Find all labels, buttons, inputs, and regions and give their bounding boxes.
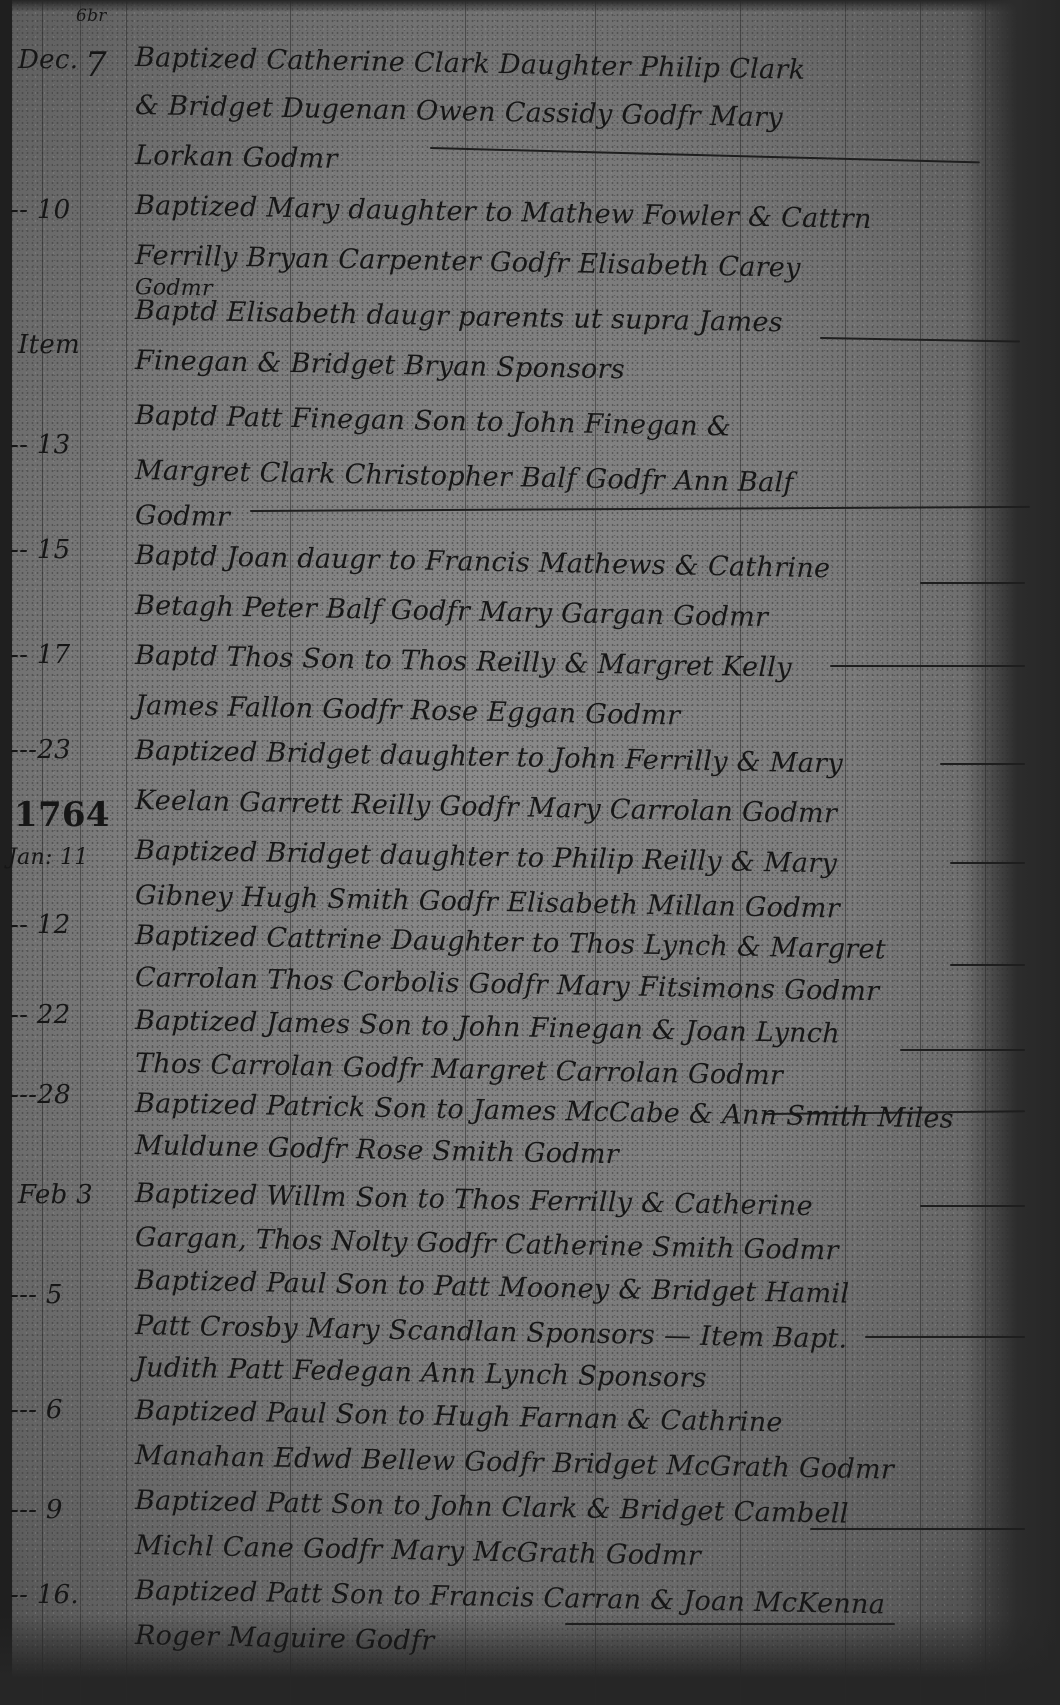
- entry-line: Baptized Willm Son to Thos Ferrilly & Ca…: [135, 1178, 814, 1222]
- margin-date: --- 5: [10, 1280, 63, 1310]
- entry-line: & Bridget Dugenan Owen Cassidy Godfr Mar…: [135, 90, 783, 133]
- entry-line: Keelan Garrett Reilly Godfr Mary Carrola…: [135, 785, 838, 829]
- entry-line: Gargan, Thos Nolty Godfr Catherine Smith…: [135, 1222, 839, 1267]
- entry-separator: [940, 763, 1025, 765]
- margin-date: ---28: [10, 1080, 71, 1110]
- entry-line: Gibney Hugh Smith Godfr Elisabeth Millan…: [135, 880, 841, 925]
- page-top-shadow: [0, 0, 1060, 12]
- ruled-line: [985, 0, 986, 1705]
- margin-date: ---23: [10, 735, 71, 765]
- entry-line: Baptized James Son to John Finegan & Joa…: [135, 1005, 841, 1050]
- ruled-line: [126, 0, 127, 1705]
- entry-line: Baptized Mary daughter to Mathew Fowler …: [135, 190, 872, 235]
- entry-line: Roger Maguire Godfr: [135, 1620, 435, 1657]
- entry-line: Thos Carrolan Godfr Margret Carrolan God…: [135, 1048, 784, 1091]
- ruled-line: [845, 0, 846, 1705]
- margin-date: -- 17: [10, 640, 70, 670]
- entry-line: Baptized Paul Son to Hugh Farnan & Cathr…: [135, 1395, 783, 1438]
- entry-line: Finegan & Bridget Bryan Sponsors: [135, 345, 626, 385]
- margin-date: -- 15: [10, 535, 70, 565]
- entry-line: Muldune Godfr Rose Smith Godmr: [135, 1130, 620, 1170]
- entry-separator: [950, 862, 1025, 864]
- entry-line: Baptized Paul Son to Patt Mooney & Bridg…: [135, 1265, 850, 1310]
- entry-line: Godmr: [135, 500, 231, 533]
- entry-line: Baptized Cattrine Daughter to Thos Lynch…: [135, 920, 887, 965]
- margin-date: --- 6: [10, 1395, 63, 1425]
- entry-line: Baptd Elisabeth daugr parents ut supra J…: [135, 295, 783, 338]
- margin-date: -- 12: [10, 910, 70, 940]
- ruled-line: [920, 0, 921, 1705]
- margin-date: Jan: 11: [8, 845, 89, 870]
- year-marker: 1764: [14, 795, 110, 835]
- margin-date: Item: [18, 330, 80, 360]
- register-page: Dec. 7 6br -- 10 Item -- 13 -- 15 -- 17 …: [0, 0, 1060, 1705]
- entry-line: Carrolan Thos Corbolis Godfr Mary Fitsim…: [135, 962, 880, 1007]
- entry-line: Manahan Edwd Bellew Godfr Bridget McGrat…: [135, 1440, 895, 1486]
- entry-separator: [920, 1205, 1025, 1207]
- margin-date: -- 13: [10, 430, 70, 460]
- entry-line: Margret Clark Christopher Balf Godfr Ann…: [135, 455, 794, 499]
- entry-separator: [900, 1049, 1025, 1051]
- entry-line: James Fallon Godfr Rose Eggan Godmr: [135, 690, 681, 731]
- margin-date: Feb 3: [18, 1180, 93, 1210]
- entry-separator: [950, 964, 1025, 966]
- entry-line: Baptized Catherine Clark Daughter Philip…: [135, 42, 806, 86]
- entry-line: Baptized Bridget daughter to Philip Reil…: [135, 835, 838, 879]
- entry-separator: [250, 506, 1030, 512]
- margin-date: -- 22: [10, 1000, 70, 1030]
- entry-line: Ferrilly Bryan Carpenter Godfr Elisabeth…: [135, 240, 801, 284]
- entry-line: Betagh Peter Balf Godfr Mary Gargan Godm…: [135, 590, 769, 633]
- entry-line: Baptized Patrick Son to James McCabe & A…: [135, 1088, 954, 1135]
- page-right-shadow: [965, 0, 1060, 1705]
- entry-line: Baptd Joan daugr to Francis Mathews & Ca…: [135, 540, 831, 584]
- entry-line: Lorkan Godmr: [135, 140, 338, 175]
- entry-separator: [865, 1336, 1025, 1338]
- entry-separator: [830, 665, 1025, 667]
- entry-line: Baptized Patt Son to John Clark & Bridge…: [135, 1485, 849, 1530]
- entry-line: Baptized Bridget daughter to John Ferril…: [135, 735, 844, 780]
- entry-separator: [430, 147, 980, 163]
- margin-date: 7: [85, 45, 107, 85]
- entry-line: Judith Patt Fedegan Ann Lynch Sponsors: [135, 1352, 707, 1394]
- margin-date: -- 16.: [10, 1580, 79, 1610]
- margin-date: Dec.: [18, 45, 78, 75]
- entry-line: Baptd Thos Son to Thos Reilly & Margret …: [135, 640, 792, 684]
- margin-date: 6br: [76, 6, 107, 26]
- entry-line: Baptd Patt Finegan Son to John Finegan &: [135, 400, 732, 442]
- entry-line: Michl Cane Godfr Mary McGrath Godmr: [135, 1530, 702, 1572]
- entry-separator: [565, 1623, 895, 1625]
- margin-date: --- 9: [10, 1495, 63, 1525]
- entry-separator: [920, 582, 1025, 584]
- margin-date: -- 10: [10, 195, 70, 225]
- entry-line: Baptized Patt Son to Francis Carran & Jo…: [135, 1575, 886, 1620]
